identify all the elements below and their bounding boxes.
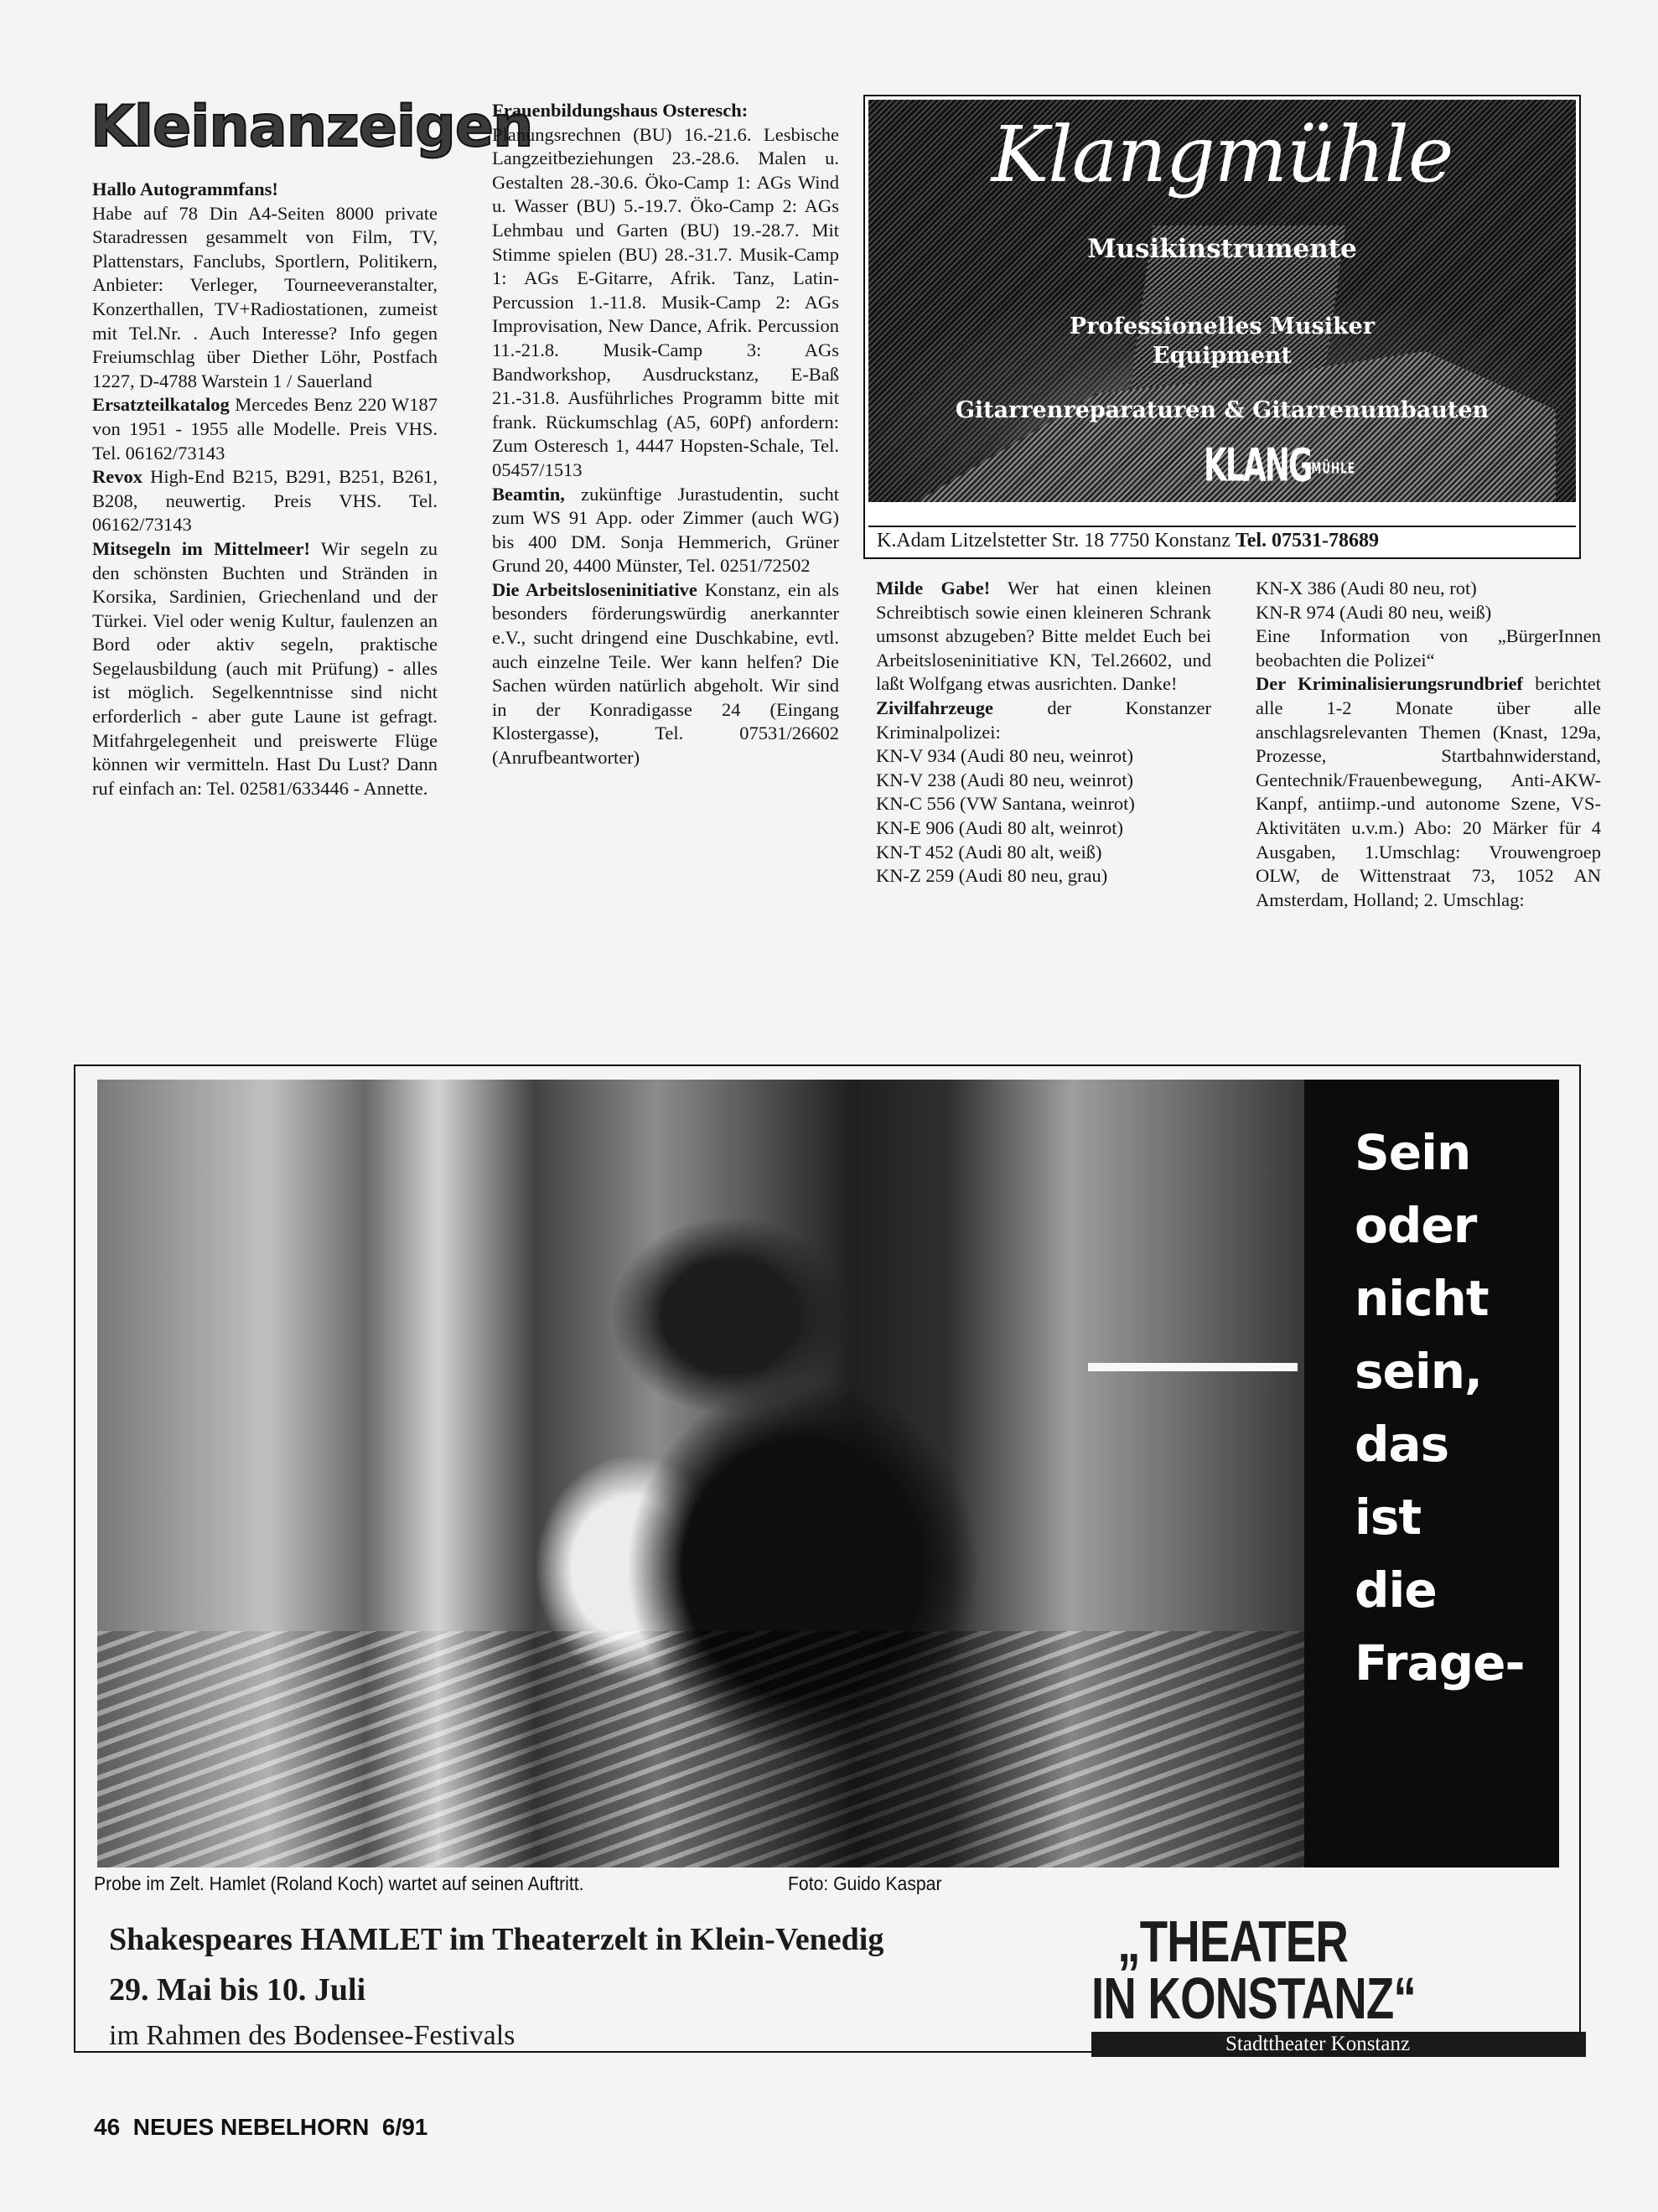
vehicle-list-part2: KN-X 386 (Audi 80 neu, rot)KN-R 974 (Aud… (1256, 577, 1601, 624)
logo-line-2: IN KONSTANZ“ (1091, 1970, 1412, 2027)
classifieds-column-2: Frauenbildungshaus Osteresch:Planungsrec… (492, 99, 839, 770)
masthead-title: Kleinanzeigen (91, 99, 532, 156)
photo-floor-texture (97, 1631, 1314, 1868)
text-line: sein, (1355, 1335, 1559, 1408)
ad-line-instruments: Musikinstrumente (868, 234, 1576, 264)
ad-phone: Tel. 07531-78689 (1236, 530, 1379, 552)
hamlet-context: im Rahmen des Bodensee-Festivals (109, 2020, 515, 2052)
classified-entry: Beamtin, zukünftige Jurastudentin, sucht… (492, 483, 839, 578)
classified-entry: Frauenbildungshaus Osteresch: (492, 99, 839, 123)
classifieds-column-1: Hallo Autogrammfans!Habe auf 78 Din A4-S… (92, 178, 438, 800)
classified-entry: Die Arbeitsloseninitiative Konstanz, ein… (492, 578, 839, 770)
ad-address-bar: K.Adam Litzelstetter Str. 18 7750 Konsta… (868, 526, 1576, 554)
text-line: KN-E 906 (Audi 80 alt, weinrot) (876, 816, 1211, 841)
klangmuehle-advertisement: Klangmühle Musikinstrumente Professionel… (863, 95, 1581, 559)
ad-artwork: Klangmühle Musikinstrumente Professionel… (868, 100, 1576, 502)
text-line: oder (1355, 1189, 1559, 1262)
classified-entry: Revox High-End B215, B291, B251, B261, B… (92, 465, 438, 537)
ad-line-equipment: Equipment (868, 343, 1576, 369)
logo-sub-text: MÜHLE (1311, 459, 1355, 477)
text-line: ist (1355, 1481, 1559, 1554)
photo-table-graphic (1088, 1363, 1298, 1371)
ad-title: Klangmühle (868, 117, 1576, 194)
ad-address: K.Adam Litzelstetter Str. 18 7750 Konsta… (877, 530, 1236, 552)
text-line: KN-Z 259 (Audi 80 neu, grau) (876, 864, 1211, 888)
photo-credit: Foto: Guido Kaspar (788, 1873, 941, 1895)
photo-caption: Probe im Zelt. Hamlet (Roland Koch) wart… (94, 1873, 584, 1895)
entry-heading: Die Arbeitsloseninitiative (492, 579, 697, 600)
entry-heading: Mitsegeln im Mittelmeer! (92, 538, 310, 559)
col4-entries: Eine Information von „BürgerInnen beobac… (1256, 624, 1601, 912)
text-line: die (1355, 1554, 1559, 1627)
klangmuehle-logo: KLANGMÜHLE (1204, 444, 1355, 490)
classified-entry: Ersatzteilkatalog Mercedes Benz 220 W187… (92, 393, 438, 465)
entry-heading: Beamtin, (492, 484, 565, 505)
classified-entry: Planungsrechnen (BU) 16.-21.6. Lesbische… (492, 123, 839, 483)
entry-heading: Ersatzteilkatalog (92, 394, 230, 415)
issue-number: 6/91 (382, 2114, 428, 2140)
text-line: KN-X 386 (Audi 80 neu, rot) (1256, 577, 1601, 601)
hamlet-headline: Shakespeares HAMLET im Theaterzelt in Kl… (109, 1921, 883, 1958)
text-line: Frage- (1355, 1627, 1559, 1700)
logo-line-1: „THEATER (1091, 1913, 1412, 1970)
classified-entry: Habe auf 78 Din A4-Seiten 8000 private S… (92, 202, 438, 394)
entry-heading: Frauenbildungshaus Osteresch: (492, 100, 748, 121)
classified-entry: Eine Information von „BürgerInnen beobac… (1256, 624, 1601, 672)
text-line: KN-T 452 (Audi 80 alt, weiß) (876, 841, 1211, 865)
theater-in-konstanz-logo: „THEATER IN KONSTANZ“ Stadttheater Konst… (1091, 1913, 1502, 2057)
logo-main-text: KLANG (1204, 441, 1311, 493)
entry-heading: Zivilfahrzeuge (876, 697, 993, 718)
entry-heading: Milde Gabe! (876, 578, 990, 598)
classified-entry: Mitsegeln im Mittelmeer! Wir segeln zu d… (92, 537, 438, 801)
publication-name: NEUES NEBELHORN (133, 2114, 370, 2140)
page-footer: 46 NEUES NEBELHORN 6/91 (94, 2114, 427, 2141)
entry-heading: Revox (92, 466, 142, 487)
classified-entry: Hallo Autogrammfans! (92, 178, 438, 202)
classified-entry: Zivilfahrzeuge der Konstanzer Kriminalpo… (876, 697, 1211, 744)
classified-entry: Milde Gabe! Wer hat einen kleinen Schrei… (876, 577, 1211, 697)
entry-heading: Hallo Autogrammfans! (92, 179, 278, 199)
logo-bar-stadttheater: Stadttheater Konstanz (1091, 2032, 1586, 2057)
hamlet-rehearsal-photo (97, 1080, 1314, 1868)
text-line: KN-V 238 (Audi 80 neu, weinrot) (876, 769, 1211, 793)
text-line: das (1355, 1408, 1559, 1481)
classified-entry: Der Kriminalisierungsrundbrief berichtet… (1256, 672, 1601, 912)
hamlet-feature-box: Seinodernichtsein,dasistdieFrage- Probe … (74, 1065, 1581, 2053)
ad-line-professional: Professionelles Musiker (868, 313, 1576, 339)
hamlet-quote-panel: Seinodernichtsein,dasistdieFrage- (1304, 1080, 1559, 1868)
text-line: KN-R 974 (Audi 80 neu, weiß) (1256, 601, 1601, 625)
ad-line-repairs: Gitarrenreparaturen & Gitarrenumbauten (868, 397, 1576, 423)
text-line: nicht (1355, 1262, 1559, 1335)
classifieds-column-4: KN-X 386 (Audi 80 neu, rot)KN-R 974 (Aud… (1256, 577, 1601, 912)
vehicle-list-part1: KN-V 934 (Audi 80 neu, weinrot)KN-V 238 … (876, 744, 1211, 888)
hamlet-dates: 29. Mai bis 10. Juli (109, 1971, 365, 2008)
col3-entries: Milde Gabe! Wer hat einen kleinen Schrei… (876, 577, 1211, 744)
page-number: 46 (94, 2114, 120, 2140)
entry-heading: Der Kriminalisierungsrundbrief (1256, 673, 1523, 694)
text-line: KN-V 934 (Audi 80 neu, weinrot) (876, 744, 1211, 769)
text-line: KN-C 556 (VW Santana, weinrot) (876, 792, 1211, 816)
classifieds-column-3: Milde Gabe! Wer hat einen kleinen Schrei… (876, 577, 1211, 888)
text-line: Sein (1355, 1116, 1559, 1189)
